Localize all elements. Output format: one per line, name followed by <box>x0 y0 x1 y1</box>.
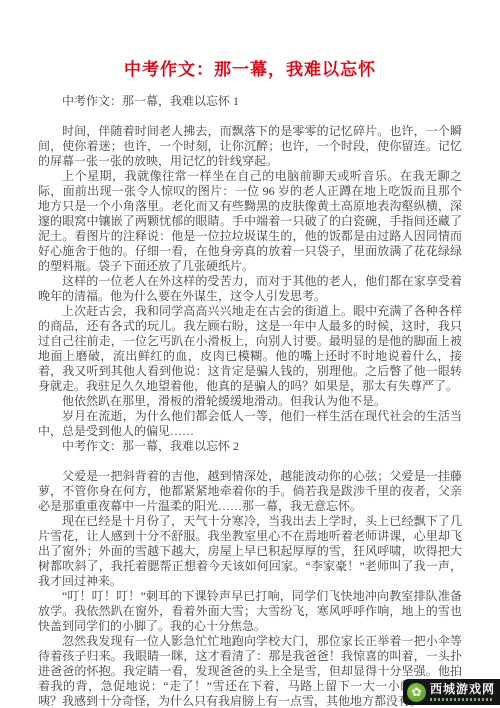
watermark-site-name: 西城游戏网 <box>430 683 495 696</box>
essay-paragraph: 父爱是一把斜背着的吉他，越到情深处，越能波动你的心弦；父爱是一挂藤萝，不管你身在… <box>38 469 462 514</box>
flower-icon: ✿ <box>407 683 426 702</box>
essay-paragraph: 这样的一位老人在外这样的受苦力，而对于其他的老人，他们都在家享受着晚年的清福。他… <box>38 274 462 304</box>
essay-paragraph: 上个星期，我就像往常一样坐在自己的电脑前聊天或听音乐。在我无聊之际，面前出现一张… <box>38 169 462 274</box>
site-watermark-badge: ✿ 西城游戏网 <box>403 679 500 705</box>
essay-paragraph: 时间，伴随着时间老人拂去，而飘落下的是零零的记忆碎片。也许，一个瞬间，使你着迷；… <box>38 124 462 169</box>
document-page: 中考作文：那一幕，我难以忘怀 中考作文：那一幕，我难以忘怀 1 时间，伴随着时间… <box>0 55 500 708</box>
essay-paragraph: “叮！叮！叮！”刺耳的下课铃声早已打响，同学们飞快地冲向教室排队准备放学。我依然… <box>38 589 462 634</box>
essay-paragraph: 他依然趴在那里，滑板的滑轮缓缓地滑动。但我认为他不是。 <box>38 394 462 409</box>
watermark-subtext-strip <box>430 698 492 701</box>
essay-paragraph: 忽然我发现有一位人影急忙忙地跑向学校大门，那位家长正举着一把小伞等待着孩子归来。… <box>38 634 462 708</box>
section-2-heading: 中考作文：那一幕，我难以忘怀 2 <box>38 439 462 454</box>
watermark-text-group: 西城游戏网 <box>430 683 495 701</box>
essay-paragraph: 岁月在流逝，为什么他们都会低人一等，他们一样生活在现代社会的生活当中，总是受到他… <box>38 409 462 439</box>
section-1-heading: 中考作文：那一幕，我难以忘怀 1 <box>38 94 462 109</box>
essay-paragraph: 上次赶古会，我和同学高高兴兴地走在古会的街道上。眼中充满了各种各样的商品，还有各… <box>38 304 462 394</box>
essay-content: 中考作文：那一幕，我难以忘怀 1 时间，伴随着时间老人拂去，而飘落下的是零零的记… <box>38 94 462 708</box>
page-title: 中考作文：那一幕，我难以忘怀 <box>30 55 470 80</box>
essay-paragraph: 现在已经是十月份了，天气十分寒冷，当我出去上学时，头上已经飘下了几片雪花，让人感… <box>38 514 462 589</box>
